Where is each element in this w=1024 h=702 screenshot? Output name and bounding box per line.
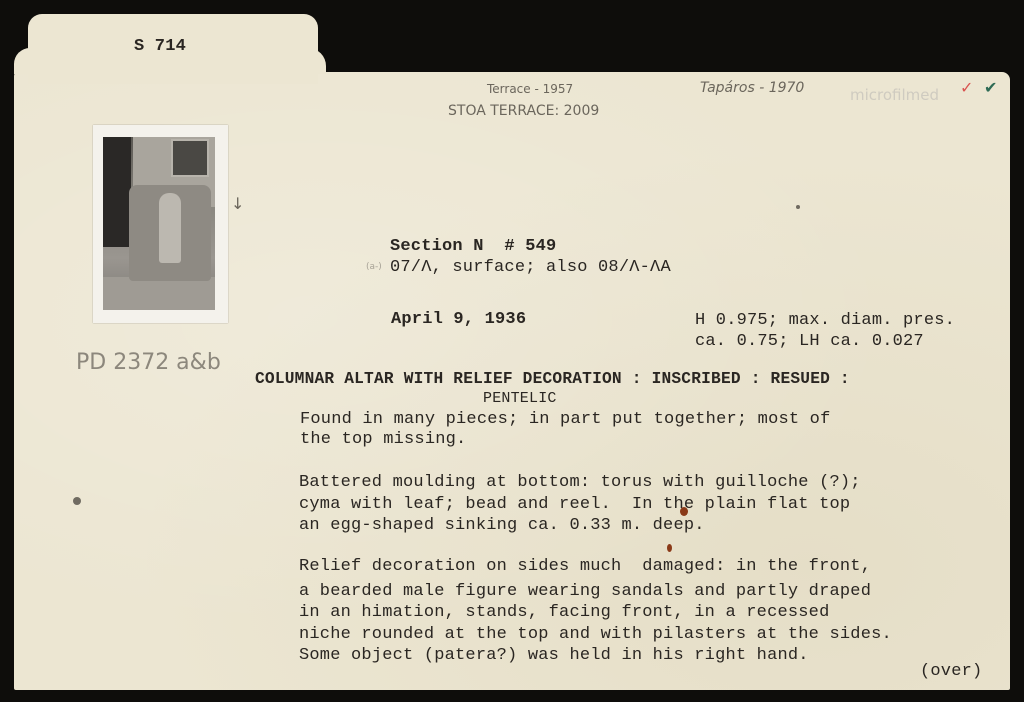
ink-speck <box>73 497 81 505</box>
circle-mark: (a-) <box>366 262 382 272</box>
note-stoa-terrace: STOA TERRACE: 2009 <box>448 103 599 119</box>
para3-line3: in an himation, stands, facing front, in… <box>299 603 830 622</box>
section-line: Section N # 549 <box>390 237 556 256</box>
note-pd-number: PD 2372 a&b <box>76 350 221 375</box>
para2-line2: cyma with leaf; bead and reel. In the pl… <box>299 495 850 514</box>
dimensions-line2: ca. 0.75; LH ca. 0.027 <box>695 332 924 351</box>
para1-line1: Found in many pieces; in part put togeth… <box>300 410 831 429</box>
para3-line4: niche rounded at the top and with pilast… <box>299 625 892 644</box>
tab-label: S 714 <box>134 37 186 56</box>
rust-stain <box>667 544 672 552</box>
green-check-icon: ✔ <box>984 78 997 97</box>
rust-stain <box>680 507 688 516</box>
note-terrace-1957: Terrace - 1957 <box>487 82 573 96</box>
dimensions-line1: H 0.975; max. diam. pres. <box>695 311 955 330</box>
tab-curve-left <box>14 48 32 74</box>
over-label: (over) <box>920 662 982 681</box>
microfilmed-stamp: microfilmed <box>850 86 939 104</box>
para3-line5: Some object (patera?) was held in his ri… <box>299 646 809 665</box>
ink-speck <box>796 205 800 209</box>
title-line1: COLUMNAR ALTAR WITH RELIEF DECORATION : … <box>255 370 850 388</box>
para2-line1: Battered moulding at bottom: torus with … <box>299 473 861 492</box>
para1-line2: the top missing. <box>300 430 466 449</box>
date: April 9, 1936 <box>391 310 526 329</box>
artifact-photo <box>103 137 215 310</box>
red-check-icon: ✓ <box>960 78 973 97</box>
location-line: 07/Λ, surface; also 08/Λ-ΛΑ <box>390 258 671 277</box>
para3-line2: a bearded male figure wearing sandals an… <box>299 582 871 601</box>
para3-line1: Relief decoration on sides much damaged:… <box>299 557 871 576</box>
title-line2: PENTELIC <box>483 390 557 407</box>
arrow-mark-icon: ↓ <box>231 194 244 213</box>
note-taparos-1970: Tapáros - 1970 <box>700 80 804 96</box>
para2-line3: an egg-shaped sinking ca. 0.33 m. deep. <box>299 516 705 535</box>
artifact-photo-frame <box>93 125 228 323</box>
tab-curve-right <box>306 48 326 74</box>
